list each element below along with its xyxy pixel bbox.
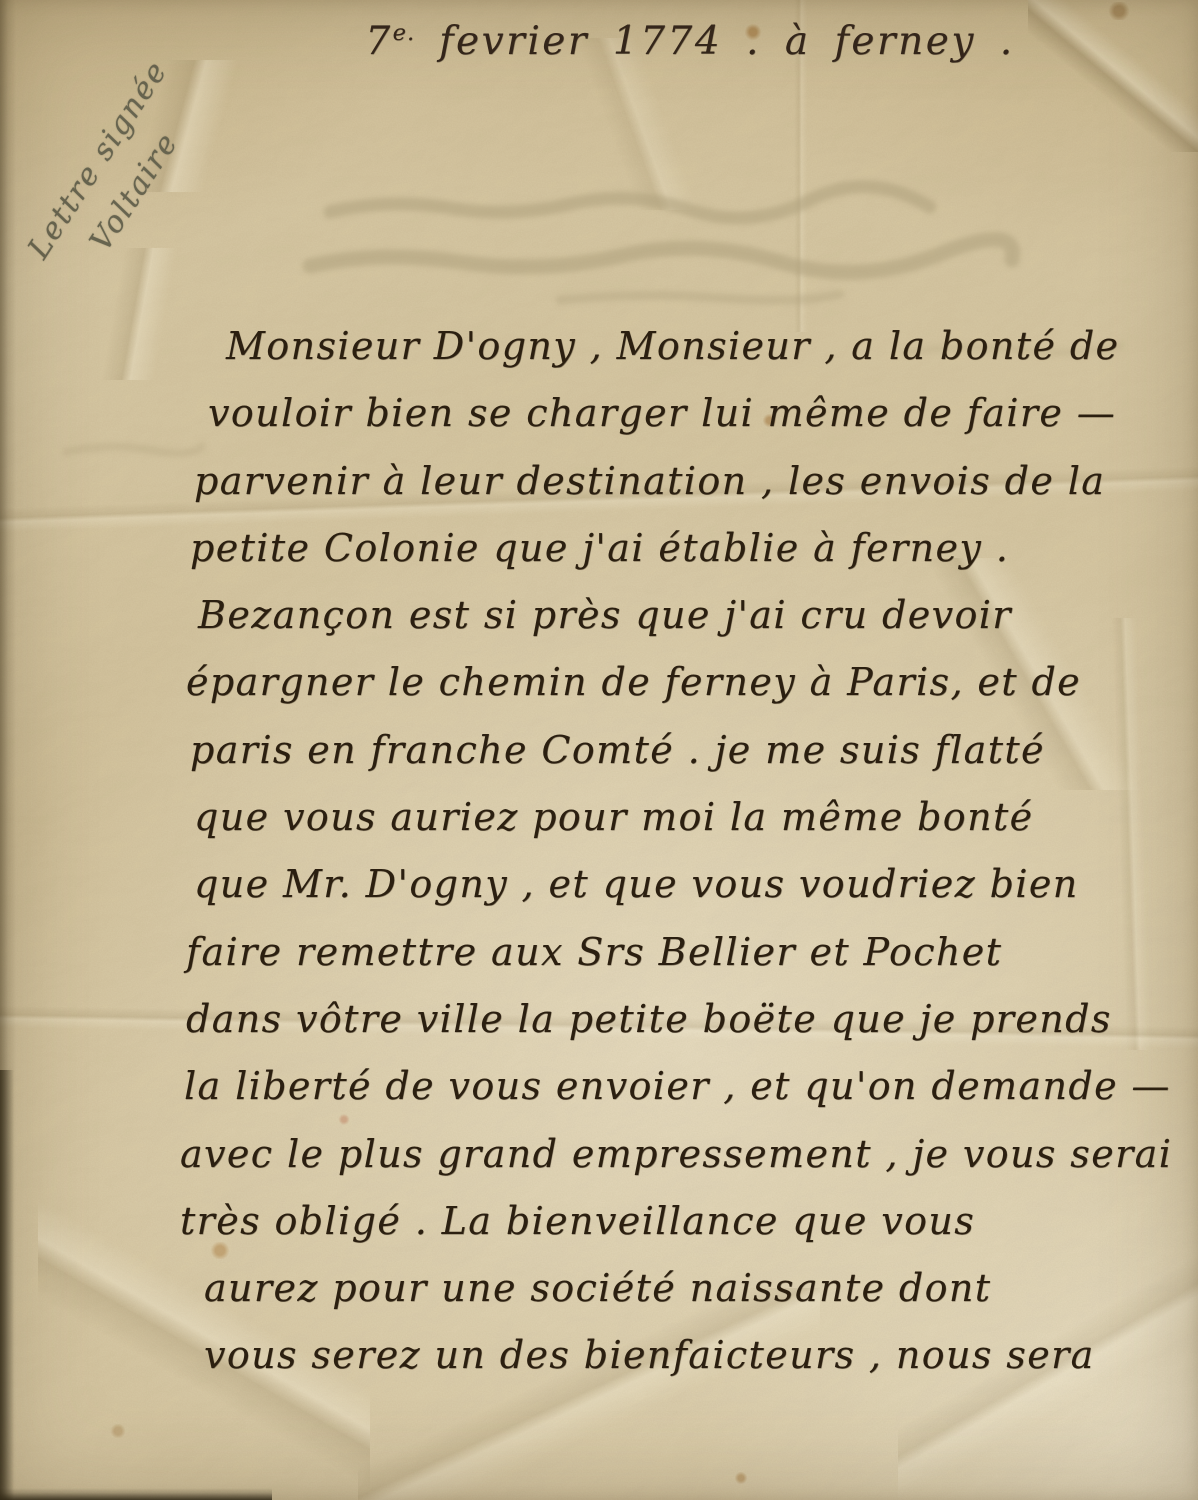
- manuscript-line: Monsieur D'ogny , Monsieur , a la bonté …: [226, 313, 1142, 380]
- manuscript-line: très obligé . La bienveillance que vous: [180, 1188, 1120, 1255]
- manuscript-line: aurez pour une société naissante dont: [204, 1255, 1100, 1322]
- manuscript-line: épargner le chemin de ferney à Paris, et…: [186, 649, 1152, 716]
- manuscript-line: dans vôtre ville la petite boëte que je …: [186, 986, 1186, 1053]
- dateline-ordinal: e.: [393, 20, 416, 46]
- scan-left-edge-dark: [0, 1070, 14, 1500]
- pencil-annotation: Lettre signée Voltaire: [14, 22, 259, 308]
- letter-body: Monsieur D'ogny , Monsieur , a la bonté …: [180, 313, 1192, 1390]
- manuscript-line: faire remettre aux Srs Bellier et Pochet: [186, 919, 1130, 986]
- letter-page: Lettre signée Voltaire 7e. fevrier 1774 …: [0, 0, 1198, 1500]
- manuscript-line: avec le plus grand empressement , je vou…: [180, 1121, 1146, 1188]
- dateline: 7e. fevrier 1774 . à ferney .: [330, 2, 1050, 68]
- manuscript-line: paris en franche Comté . je me suis flat…: [190, 717, 1180, 784]
- manuscript-line: que vous auriez pour moi la même bonté: [194, 784, 1160, 851]
- manuscript-line: petite Colonie que j'ai établie à ferney…: [190, 515, 1090, 582]
- manuscript-line: parvenir à leur destination , les envois…: [194, 448, 1166, 515]
- manuscript-line: vous serez un des bienfaicteurs , nous s…: [204, 1322, 1160, 1389]
- manuscript-line: vouloir bien se charger lui même de fair…: [208, 380, 1160, 447]
- scan-bottom-edge-dark: [0, 1488, 272, 1500]
- dateline-text: fevrier 1774 . à ferney .: [439, 19, 1015, 64]
- scan-left-edge: [0, 0, 16, 1500]
- manuscript-line: que Mr. D'ogny , et que vous voudriez bi…: [194, 851, 1150, 918]
- manuscript-line: Bezançon est si près que j'ai cru devoir: [198, 582, 1116, 649]
- manuscript-line: la liberté de vous envoier , et qu'on de…: [184, 1053, 1170, 1120]
- dateline-day: 7: [365, 19, 392, 64]
